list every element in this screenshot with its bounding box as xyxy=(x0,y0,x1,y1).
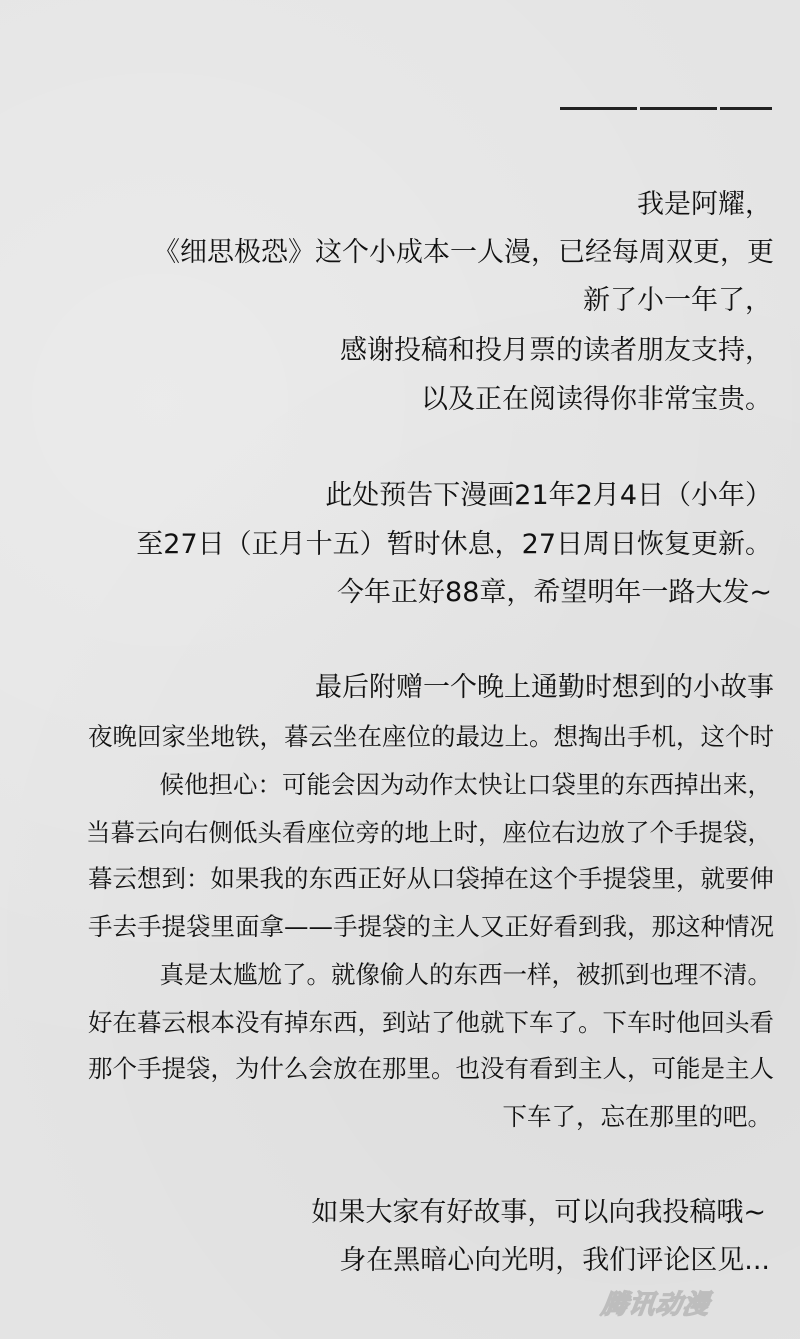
intro-line: 我是阿耀， xyxy=(637,188,772,222)
closing-line: 身在黑暗心向光明，我们评论区见... xyxy=(339,1244,770,1278)
intro-line: 感谢投稿和投月票的读者朋友支持， xyxy=(340,334,772,368)
intro-line: 以及正在阅读得你非常宝贵。 xyxy=(421,383,772,417)
comic-afterword-page: 我是阿耀， 《细思极恐》这个小成本一人漫，已经每周双更，更 新了小一年了， 感谢… xyxy=(0,0,800,1339)
story-line: 夜晚回家坐地铁，暮云坐在座位的最边上。想掏出手机，这个时 xyxy=(88,720,774,754)
story-heading: 最后附赠一个晚上通勤时想到的小故事 xyxy=(315,671,774,705)
divider-segment xyxy=(560,107,637,110)
closing-line: 如果大家有好故事，可以向我投稿哦~ xyxy=(311,1196,766,1230)
notice-line: 至27日（正月十五）暂时休息，27日周日恢复更新。 xyxy=(136,528,772,562)
story-line: 下车了，忘在那里的吧。 xyxy=(503,1100,773,1134)
intro-line: 新了小一年了， xyxy=(583,284,772,318)
divider-segment xyxy=(640,107,717,110)
notice-line: 此处预告下漫画21年2月4日（小年） xyxy=(325,479,772,513)
story-line: 真是太尴尬了。就像偷人的东西一样，被抓到也理不清。 xyxy=(160,958,773,992)
notice-line: 今年正好88章，希望明年一路大发~ xyxy=(337,576,772,610)
divider-segment xyxy=(720,107,772,110)
intro-line: 《细思极恐》这个小成本一人漫，已经每周双更，更 xyxy=(153,236,774,270)
story-line: 好在暮云根本没有掉东西，到站了他就下车了。下车时他回头看 xyxy=(88,1006,774,1040)
story-line: 那个手提袋，为什么会放在那里。也没有看到主人，可能是主人 xyxy=(88,1052,774,1086)
story-line: 当暮云向右侧低头看座位旁的地上时，座位右边放了个手提袋， xyxy=(86,816,772,850)
section-divider xyxy=(560,107,772,110)
story-line: 暮云想到：如果我的东西正好从口袋掉在这个手提袋里，就要伸 xyxy=(88,862,774,896)
tencent-comics-watermark: 腾讯动漫 xyxy=(599,1284,712,1321)
story-line: 候他担心：可能会因为动作太快让口袋里的东西掉出来， xyxy=(160,768,773,802)
story-line: 手去手提袋里面拿——手提袋的主人又正好看到我，那这种情况 xyxy=(88,910,774,944)
